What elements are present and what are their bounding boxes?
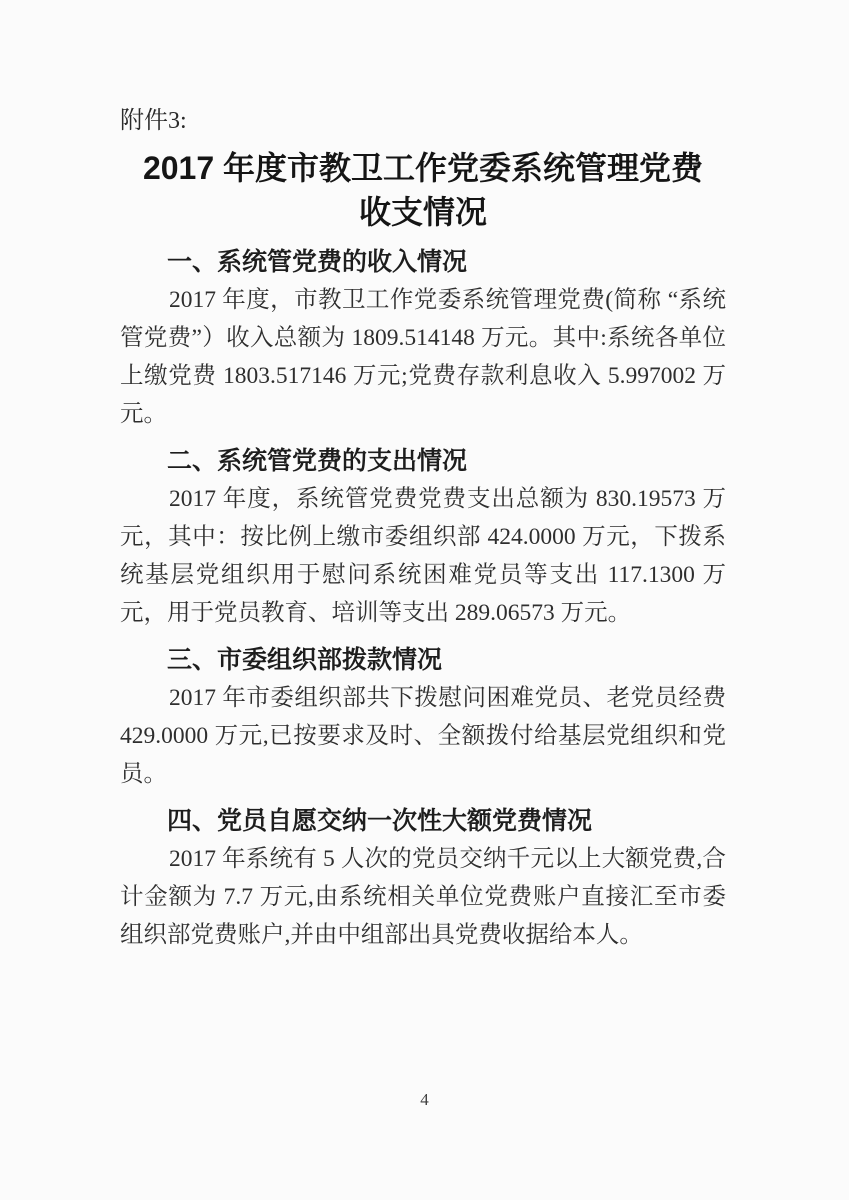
document-content: 附件3: 2017 年度市教卫工作党委系统管理党费收支情况 一、系统管党费的收入… (120, 106, 726, 954)
section-paragraph-expenditure: 2017 年度，系统管党费党费支出总额为 830.19573 万元，其中：按比例… (120, 480, 726, 632)
section-income: 一、系统管党费的收入情况 2017 年度，市教卫工作党委系统管理党费(简称 “系… (120, 243, 726, 433)
section-large-donations: 四、党员自愿交纳一次性大额党费情况 2017 年系统有 5 人次的党员交纳千元以… (120, 802, 726, 954)
section-expenditure: 二、系统管党费的支出情况 2017 年度，系统管党费党费支出总额为 830.19… (120, 442, 726, 632)
section-paragraph-large-donations: 2017 年系统有 5 人次的党员交纳千元以上大额党费,合计金额为 7.7 万元… (120, 840, 726, 954)
section-heading-allocation: 三、市委组织部拨款情况 (120, 641, 726, 679)
section-paragraph-income: 2017 年度，市教卫工作党委系统管理党费(简称 “系统管党费”）收入总额为 1… (120, 281, 726, 433)
section-heading-large-donations: 四、党员自愿交纳一次性大额党费情况 (120, 802, 726, 840)
section-heading-income: 一、系统管党费的收入情况 (120, 243, 726, 281)
document-page: 附件3: 2017 年度市教卫工作党委系统管理党费收支情况 一、系统管党费的收入… (0, 0, 849, 1200)
document-title-line2: 收支情况 (359, 194, 487, 230)
section-allocation: 三、市委组织部拨款情况 2017 年市委组织部共下拨慰问困难党员、老党员经费 4… (120, 641, 726, 793)
document-title-line1: 2017 年度市教卫工作党委系统管理党费 (143, 150, 703, 186)
section-paragraph-allocation: 2017 年市委组织部共下拨慰问困难党员、老党员经费 429.0000 万元,已… (120, 679, 726, 793)
document-title: 2017 年度市教卫工作党委系统管理党费收支情况 (120, 146, 726, 234)
section-heading-expenditure: 二、系统管党费的支出情况 (120, 442, 726, 480)
attachment-label: 附件3: (120, 106, 726, 136)
page-number: 4 (0, 1090, 849, 1110)
